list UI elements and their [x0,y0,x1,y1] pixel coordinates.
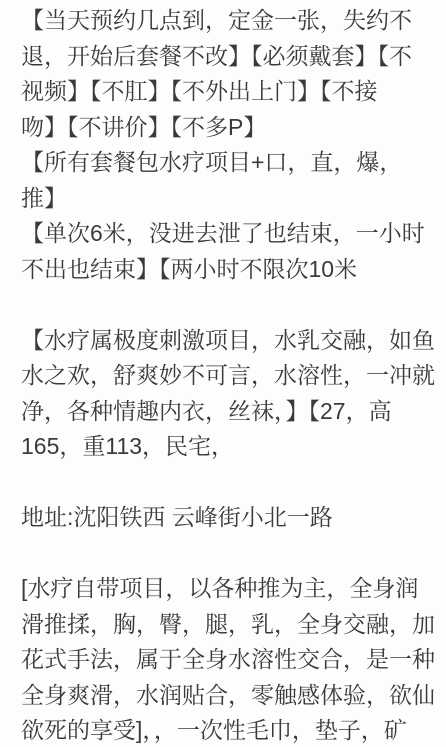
text-line: 视频】【不肛】【不外出上门】【不接 [21,74,440,110]
text-line: 全身爽滑，水润贴合，零触感体验，欲仙 [21,678,440,714]
booking-rules-paragraph: 【当天预约几点到，定金一张，失约不 退，开始后套餐不改】【必须戴套】【不 视频】… [21,3,440,287]
text-line: 欲死的享受]，，一次性毛巾，垫子，矿 [21,713,440,747]
text-content: 【当天预约几点到，定金一张，失约不 退，开始后套餐不改】【必须戴套】【不 视频】… [21,3,440,747]
address-paragraph: 地址:沈阳铁西 云峰街小北一路 [21,500,440,536]
text-line: 退，开始后套餐不改】【必须戴套】【不 [21,39,440,75]
text-line: 【单次6米，没进去泄了也结束，一小时 [21,216,440,252]
text-line: 花式手法，属于全身水溶性交合，是一种 [21,642,440,678]
text-line: 滑推揉，胸，臀，腿，乳，全身交融，加 [21,607,440,643]
text-line: 165，重113，民宅， [21,429,440,465]
text-line: [水疗自带项目，以各种推为主，全身润 [21,571,440,607]
text-line: 【水疗属极度刺激项目，水乳交融，如鱼 [21,323,440,359]
address-line: 地址:沈阳铁西 云峰街小北一路 [21,500,440,536]
text-line: 不出也结束】【两小时不限次10米 [21,252,440,288]
text-line: 水之欢，舒爽妙不可言，水溶性，一冲就 [21,358,440,394]
project-details-paragraph: [水疗自带项目，以各种推为主，全身润 滑推揉，胸，臀，腿，乳，全身交融，加 花式… [21,571,440,747]
text-line: 推】 [21,181,440,217]
text-line: 吻】【不讲价】【不多P】 [21,110,440,146]
page: 【当天预约几点到，定金一张，失约不 退，开始后套餐不改】【必须戴套】【不 视频】… [0,0,446,747]
text-line: 【当天预约几点到，定金一张，失约不 [21,3,440,39]
text-line: 净，各种情趣内衣，丝袜，】【27，高 [21,394,440,430]
text-line: 【所有套餐包水疗项目+口，直，爆， [21,145,440,181]
service-description-paragraph: 【水疗属极度刺激项目，水乳交融，如鱼 水之欢，舒爽妙不可言，水溶性，一冲就 净，… [21,323,440,465]
